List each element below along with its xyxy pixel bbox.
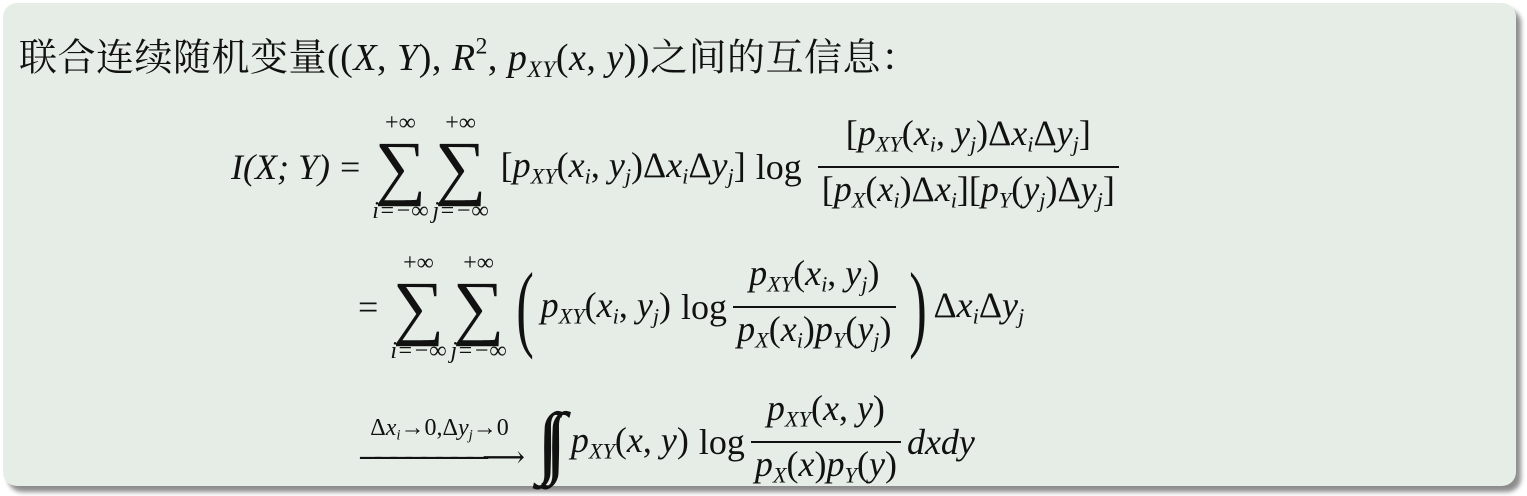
title-math: ((X, Y), R2, pXY(x, y)) xyxy=(327,37,650,79)
block-title: 联合连续随机变量((X, Y), R2, pXY(x, y))之间的互信息： xyxy=(19,23,920,95)
equation-line-2: = +∞ ∑ i=−∞ +∞ ∑ j=−∞ ( pXY(xi, yj) log … xyxy=(358,251,1024,363)
equation-line-1: I(X; Y) = +∞ ∑ i=−∞ +∞ ∑ j=−∞ [pXY(xi, y… xyxy=(231,111,1125,223)
integrand: pXY(x, y) xyxy=(571,419,689,465)
sum-j: +∞ ∑ j=−∞ xyxy=(432,111,488,223)
denominator: pX(x)pY(y) xyxy=(751,443,901,496)
equals-sign: = xyxy=(358,286,378,328)
sum-i: +∞ ∑ i=−∞ xyxy=(372,111,428,223)
sum-j: +∞ ∑ j=−∞ xyxy=(450,251,506,363)
sigma-icon: ∑ xyxy=(435,135,486,199)
numerator: pXY(xi, yj) xyxy=(745,252,883,306)
log-operator: log xyxy=(756,146,802,188)
differential: dxdy xyxy=(907,421,975,463)
theorem-block: 联合连续随机变量((X, Y), R2, pXY(x, y))之间的互信息： I… xyxy=(3,3,1516,486)
numerator: pXY(x, y) xyxy=(763,387,889,441)
double-integral-icon: ∫∫ xyxy=(537,402,553,482)
right-paren: ) xyxy=(909,259,927,355)
sum-i: +∞ ∑ i=−∞ xyxy=(390,251,446,363)
equals-sign: = xyxy=(340,146,360,188)
summand: [pXY(xi, yj)ΔxiΔyj] xyxy=(501,144,746,190)
summand: pXY(xi, yj) xyxy=(541,284,671,330)
denominator: pX(xi)pY(yj) xyxy=(733,308,895,362)
lhs-mutual-information: I(X; Y) xyxy=(231,146,330,188)
delta-tail: ΔxiΔyj xyxy=(933,284,1024,330)
denominator: [pX(xi)Δxi][pY(yj)Δyj] xyxy=(818,168,1119,222)
title-chinese-prefix: 联合连续随机变量 xyxy=(19,37,327,79)
sigma-icon: ∑ xyxy=(393,275,444,339)
fraction: pXY(x, y) pX(x)pY(y) xyxy=(751,387,901,496)
fraction: pXY(xi, yj) pX(xi)pY(yj) xyxy=(733,252,895,361)
sigma-icon: ∑ xyxy=(453,275,504,339)
equation-line-3: Δxi→0,Δyj→0 ────────⟶ ∫∫ pXY(x, y) log p… xyxy=(360,387,975,496)
long-right-arrow-icon: ────────⟶ xyxy=(360,448,519,468)
sigma-icon: ∑ xyxy=(375,135,426,199)
limit-arrow: Δxi→0,Δyj→0 ────────⟶ xyxy=(360,415,519,468)
left-paren: ( xyxy=(516,259,534,355)
numerator: [pXY(xi, yj)ΔxiΔyj] xyxy=(842,112,1095,166)
fraction: [pXY(xi, yj)ΔxiΔyj] [pX(xi)Δxi][pY(yj)Δy… xyxy=(818,112,1119,221)
log-operator: log xyxy=(681,286,727,328)
title-chinese-suffix: 之间的互信息： xyxy=(650,37,920,79)
log-operator: log xyxy=(699,421,745,463)
